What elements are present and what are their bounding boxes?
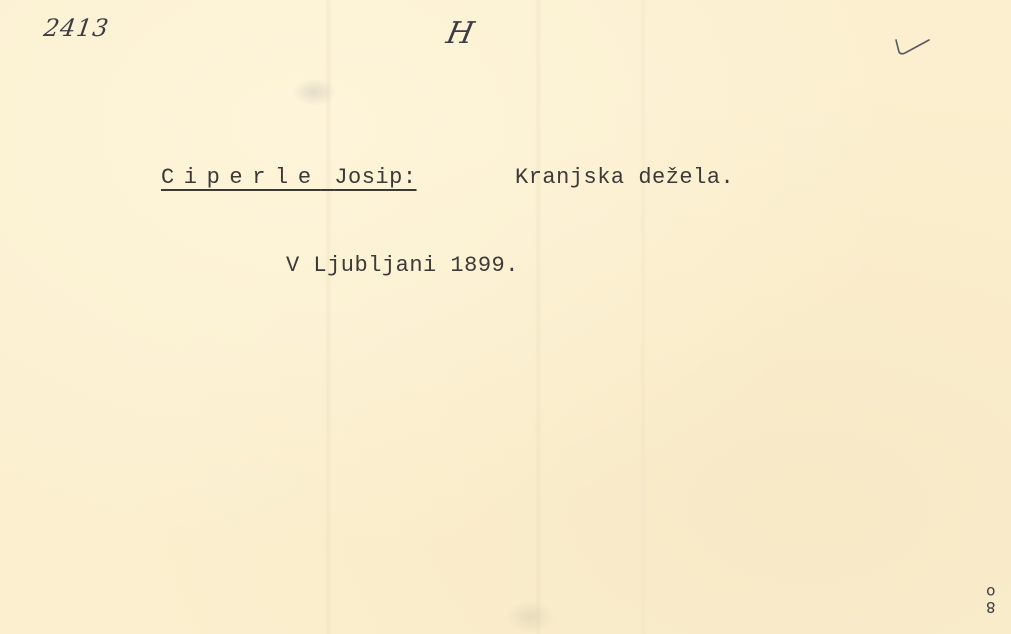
stain [505, 600, 555, 634]
author-heading: Ciperle Josip: [161, 165, 417, 190]
stain [292, 78, 337, 106]
book-title: Kranjska dežela. [515, 165, 734, 190]
author-entry: Ciperle Josip: [161, 165, 417, 190]
catalog-card: 2413 H Ciperle Josip: Kranjska dežela. V… [0, 0, 1011, 634]
corner-mark: 8 o [986, 584, 996, 614]
check-mark-icon [893, 36, 933, 58]
imprint: V Ljubljani 1899. [286, 253, 519, 278]
author-given-name: Josip: [334, 165, 416, 190]
corner-mark-line: o [986, 584, 996, 599]
category-letter: H [443, 16, 477, 51]
author-surname: Ciperle [161, 165, 321, 190]
catalog-number: 2413 [42, 14, 111, 42]
corner-mark-line: 8 [986, 599, 996, 614]
